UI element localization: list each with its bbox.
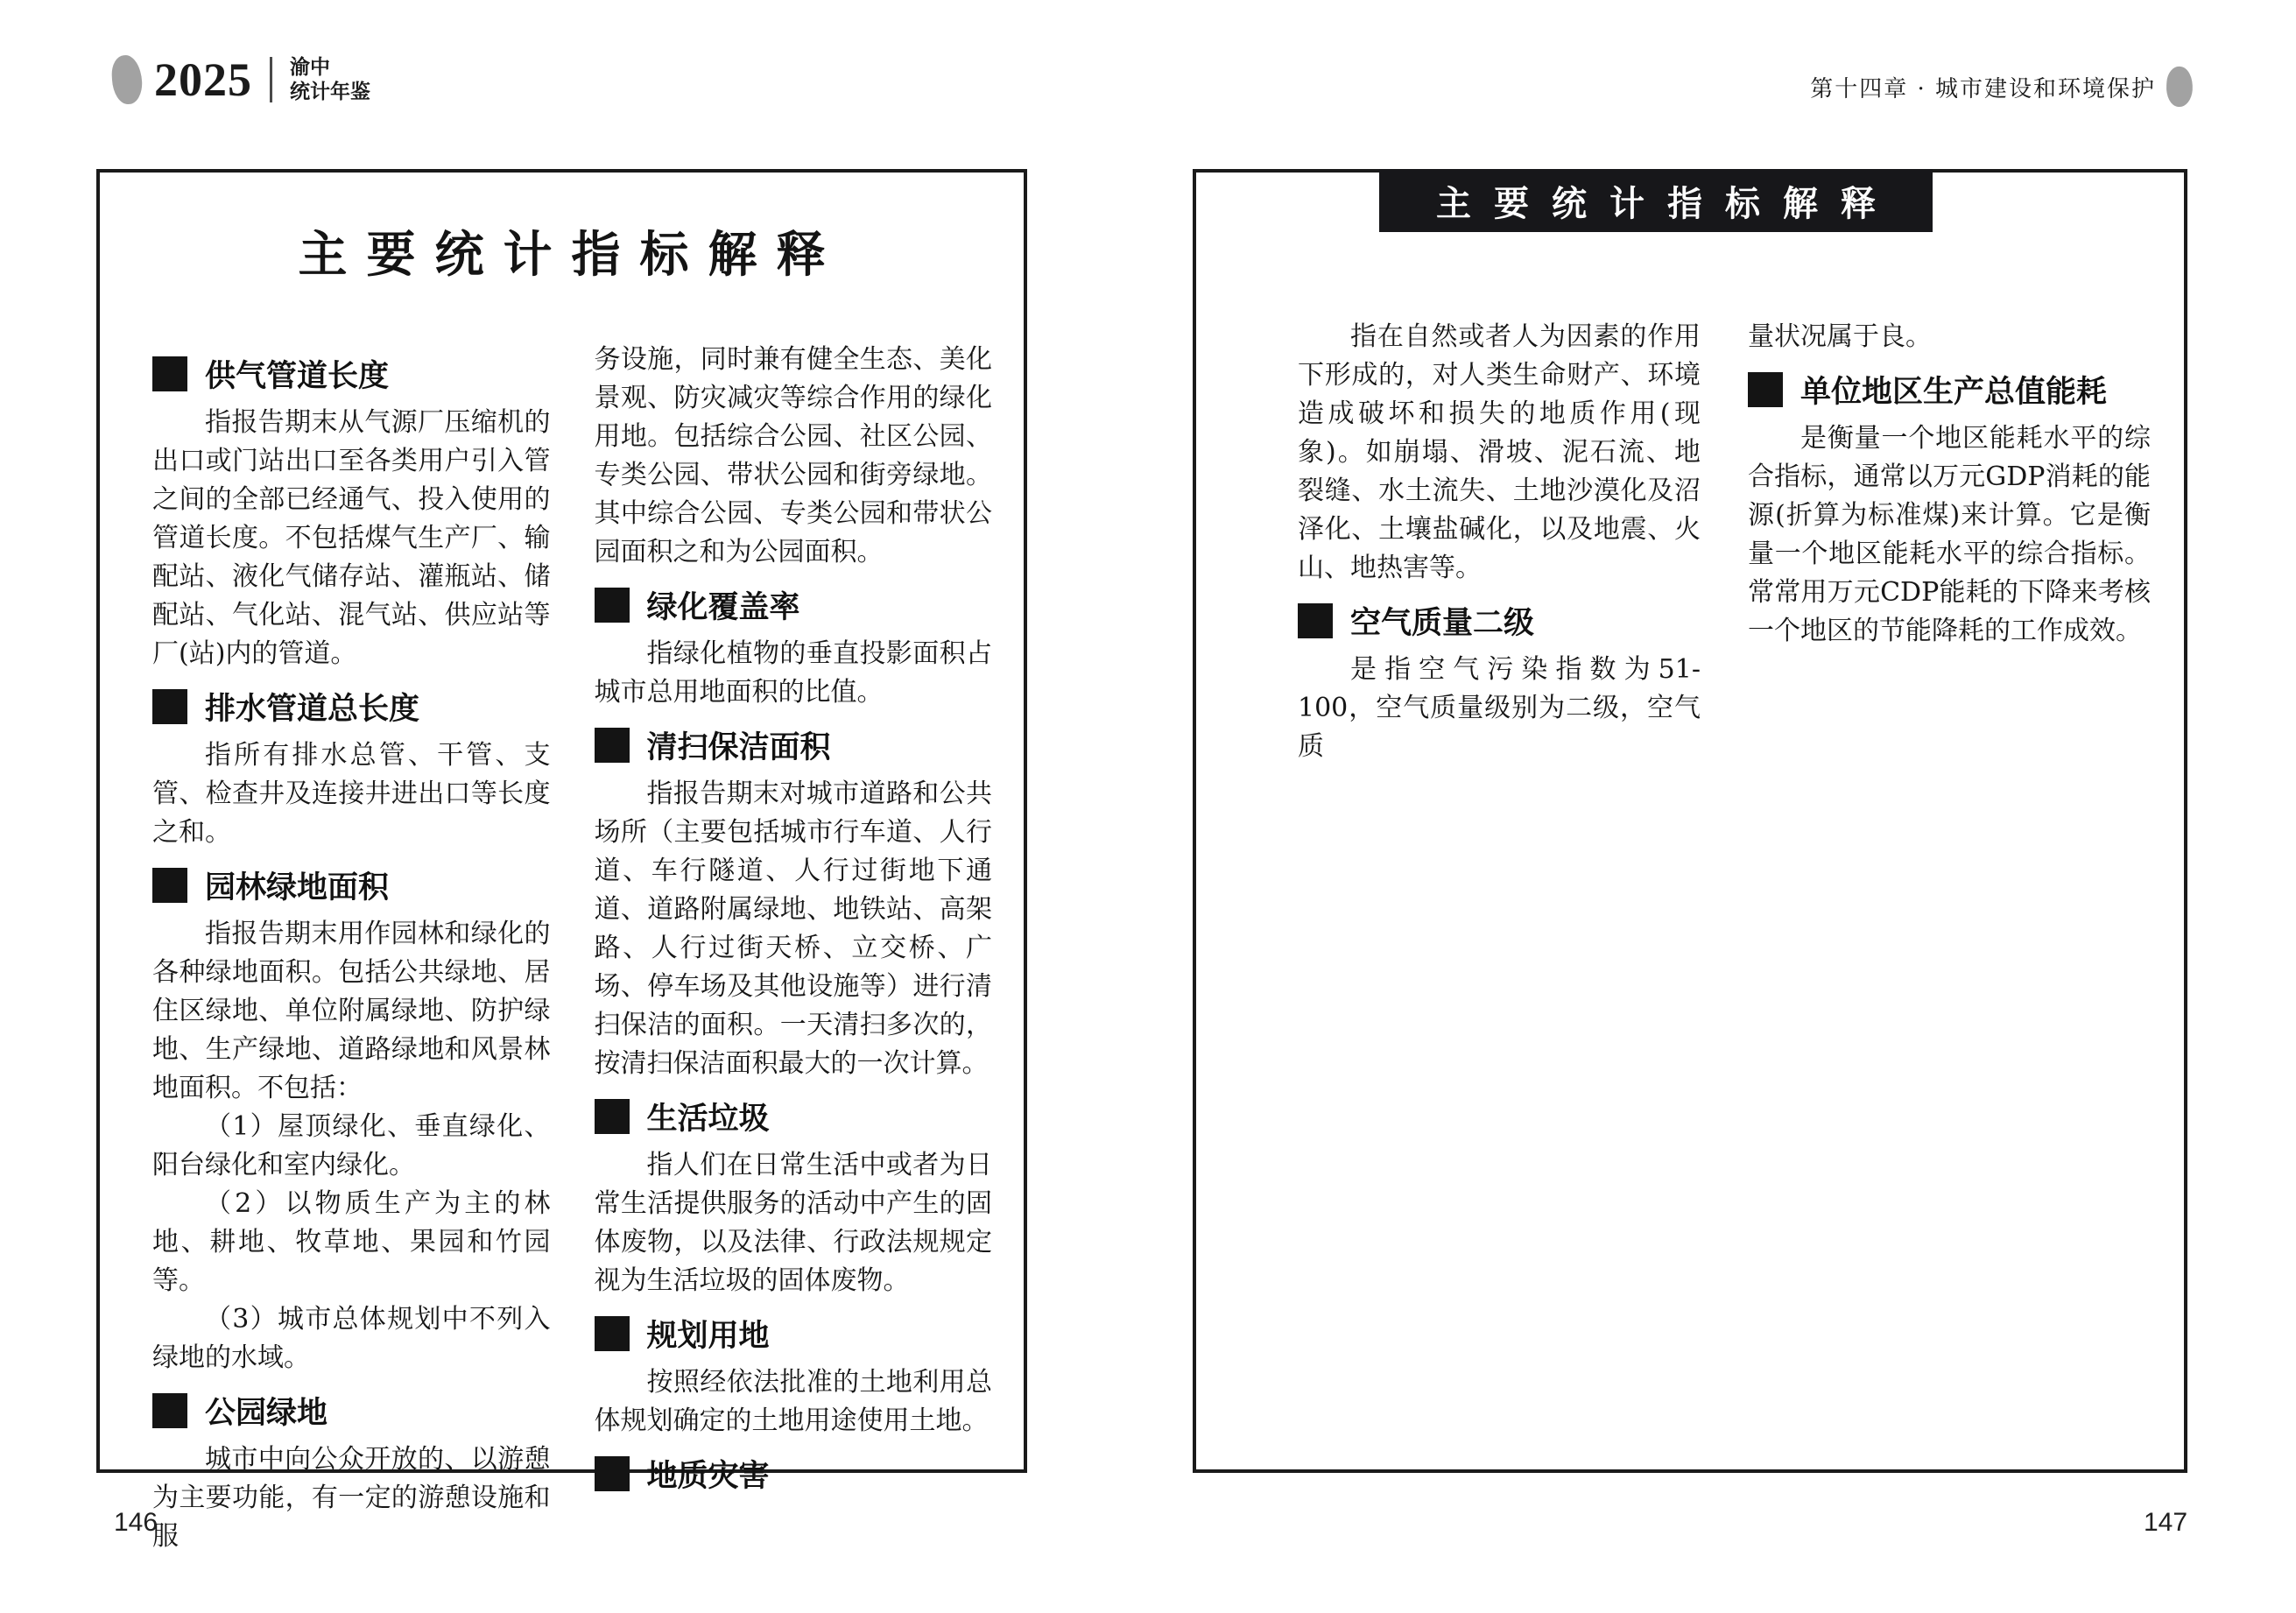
header-right: 第十四章 · 城市建设和环境保护 bbox=[1810, 67, 2193, 107]
yearbook-year: 2025 bbox=[154, 53, 252, 107]
body-paragraph: 是指空气污染指数为51-100，空气质量级别为二级，空气质 bbox=[1298, 651, 1701, 766]
section-heading: 清扫保洁面积 bbox=[595, 723, 993, 767]
yearbook-spread: 2025 渝中 统计年鉴 第十四章 · 城市建设和环境保护 主要统计指标解释 供… bbox=[0, 0, 2296, 1613]
black-square-bullet-icon bbox=[1748, 372, 1783, 407]
chapter-title: 第十四章 · 城市建设和环境保护 bbox=[1810, 71, 2156, 103]
black-square-bullet-icon bbox=[152, 689, 187, 724]
header-divider bbox=[270, 57, 272, 102]
section-heading-label: 地质灾害 bbox=[647, 1452, 770, 1496]
section-heading-label: 供气管道长度 bbox=[205, 352, 389, 396]
body-paragraph: 指报告期末从气源厂压缩机的出口或门站出口至各类用户引入管之间的全部已经通气、投入… bbox=[152, 404, 551, 673]
black-square-bullet-icon bbox=[152, 356, 187, 391]
column-left: 供气管道长度指报告期末从气源厂压缩机的出口或门站出口至各类用户引入管之间的全部已… bbox=[152, 341, 551, 1556]
section-heading-label: 空气质量二级 bbox=[1350, 599, 1534, 643]
page-147: 主要统计指标解释 指在自然或者人为因素的作用下形成的，对人类生命财产、环境造成破… bbox=[1193, 169, 2187, 1473]
black-square-bullet-icon bbox=[595, 1456, 630, 1491]
two-column-layout: 指在自然或者人为因素的作用下形成的，对人类生命财产、环境造成破坏和损失的地质作用… bbox=[1196, 318, 2184, 766]
section-heading: 排水管道总长度 bbox=[152, 685, 551, 729]
body-paragraph: 指人们在日常生活中或者为日常生活提供服务的活动中产生的固体废物，以及法律、行政法… bbox=[595, 1146, 993, 1300]
page-number-left: 146 bbox=[114, 1508, 158, 1538]
page-number-right: 147 bbox=[2144, 1508, 2187, 1538]
page-146: 主要统计指标解释 供气管道长度指报告期末从气源厂压缩机的出口或门站出口至各类用户… bbox=[96, 169, 1027, 1473]
section-heading-label: 规划用地 bbox=[647, 1312, 770, 1356]
body-paragraph: 按照经依法批准的土地利用总体规划确定的土地用途使用土地。 bbox=[595, 1363, 993, 1440]
section-heading: 公园绿地 bbox=[152, 1389, 551, 1433]
body-paragraph: （2）以物质生产为主的林地、耕地、牧草地、果园和竹园等。 bbox=[152, 1185, 551, 1300]
section-heading: 园林绿地面积 bbox=[152, 863, 551, 907]
body-paragraph: 量状况属于良。 bbox=[1748, 318, 2151, 356]
black-square-bullet-icon bbox=[595, 1316, 630, 1351]
yearbook-name: 渝中 统计年鉴 bbox=[290, 55, 370, 104]
black-square-bullet-icon bbox=[595, 728, 630, 763]
section-heading-label: 公园绿地 bbox=[205, 1389, 327, 1433]
section-heading-label: 生活垃圾 bbox=[647, 1095, 770, 1138]
body-paragraph: 指报告期末对城市道路和公共场所（主要包括城市行车道、人行道、车行隧道、人行过街地… bbox=[595, 775, 993, 1083]
body-paragraph: 城市中向公众开放的、以游憩为主要功能，有一定的游憩设施和服 bbox=[152, 1440, 551, 1556]
black-square-bullet-icon bbox=[595, 1099, 630, 1134]
black-square-bullet-icon bbox=[152, 868, 187, 903]
section-heading: 单位地区生产总值能耗 bbox=[1748, 368, 2151, 412]
black-square-bullet-icon bbox=[152, 1393, 187, 1428]
section-heading-label: 绿化覆盖率 bbox=[647, 583, 800, 627]
page-title-banner: 主要统计指标解释 bbox=[1379, 169, 1933, 232]
section-heading: 规划用地 bbox=[595, 1312, 993, 1356]
section-heading: 地质灾害 bbox=[595, 1452, 993, 1496]
body-paragraph: 指在自然或者人为因素的作用下形成的，对人类生命财产、环境造成破坏和损失的地质作用… bbox=[1298, 318, 1701, 588]
section-heading: 供气管道长度 bbox=[152, 352, 551, 396]
section-heading-label: 单位地区生产总值能耗 bbox=[1800, 368, 2107, 412]
section-heading: 生活垃圾 bbox=[595, 1095, 993, 1138]
seal-stamp-icon bbox=[2165, 66, 2194, 108]
column-right: 务设施，同时兼有健全生态、美化景观、防灾减灾等综合作用的绿化用地。包括综合公园、… bbox=[595, 341, 993, 1556]
body-paragraph: （1）屋顶绿化、垂直绿化、阳台绿化和室内绿化。 bbox=[152, 1108, 551, 1185]
black-square-bullet-icon bbox=[1298, 603, 1333, 638]
body-paragraph: （3）城市总体规划中不列入绿地的水域。 bbox=[152, 1300, 551, 1377]
body-paragraph: 是衡量一个地区能耗水平的综合指标，通常以万元GDP消耗的能源(折算为标准煤)来计… bbox=[1748, 419, 2151, 651]
section-heading-label: 清扫保洁面积 bbox=[647, 723, 831, 767]
header-left: 2025 渝中 统计年鉴 bbox=[112, 53, 370, 107]
column-left: 指在自然或者人为因素的作用下形成的，对人类生命财产、环境造成破坏和损失的地质作用… bbox=[1298, 318, 1701, 766]
body-paragraph: 务设施，同时兼有健全生态、美化景观、防灾减灾等综合作用的绿化用地。包括综合公园、… bbox=[595, 341, 993, 572]
section-heading: 空气质量二级 bbox=[1298, 599, 1701, 643]
section-heading: 绿化覆盖率 bbox=[595, 583, 993, 627]
black-square-bullet-icon bbox=[595, 588, 630, 623]
section-heading-label: 排水管道总长度 bbox=[205, 685, 419, 729]
seal-stamp-icon bbox=[111, 54, 144, 105]
two-column-layout: 供气管道长度指报告期末从气源厂压缩机的出口或门站出口至各类用户引入管之间的全部已… bbox=[100, 341, 1024, 1556]
column-right: 量状况属于良。单位地区生产总值能耗是衡量一个地区能耗水平的综合指标，通常以万元G… bbox=[1748, 318, 2151, 766]
yearbook-name-line2: 统计年鉴 bbox=[290, 80, 370, 104]
body-paragraph: 指绿化植物的垂直投影面积占城市总用地面积的比值。 bbox=[595, 635, 993, 712]
body-paragraph: 指所有排水总管、干管、支管、检查井及连接井进出口等长度之和。 bbox=[152, 736, 551, 852]
page-title: 主要统计指标解释 bbox=[100, 216, 1024, 286]
yearbook-name-line1: 渝中 bbox=[290, 55, 370, 80]
section-heading-label: 园林绿地面积 bbox=[205, 863, 389, 907]
body-paragraph: 指报告期末用作园林和绿化的各种绿地面积。包括公共绿地、居住区绿地、单位附属绿地、… bbox=[152, 915, 551, 1108]
